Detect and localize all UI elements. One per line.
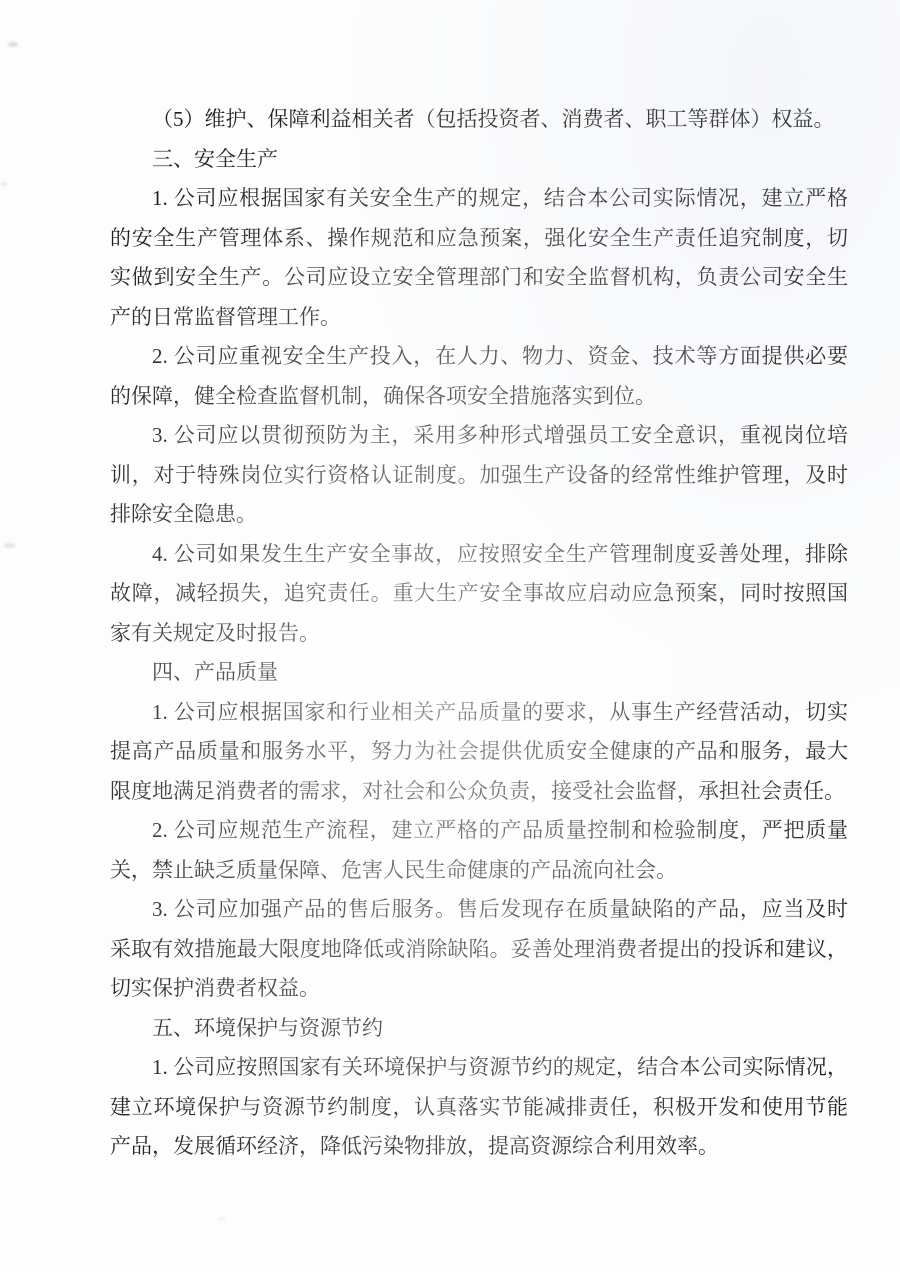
scan-speck [4,543,16,548]
body-line: 限度地满足消费者的需求，对社会和公众负责，接受社会监督，承担社会责任。 [110,772,848,812]
body-line: 2. 公司应重视安全生产投入，在人力、物力、资金、技术等方面提供必要 [110,337,848,377]
document-page: （5）维护、保障利益相关者（包括投资者、消费者、职工等群体）权益。三、安全生产1… [0,0,900,1272]
section-heading: 三、安全生产 [110,140,848,180]
body-line: 建立环境保护与资源节约制度，认真落实节能减排责任，积极开发和使用节能 [110,1088,848,1128]
body-line: 的保障，健全检查监督机制，确保各项安全措施落实到位。 [110,377,848,417]
body-line: 训，对于特殊岗位实行资格认证制度。加强生产设备的经常性维护管理，及时 [110,456,848,496]
section-heading: 四、产品质量 [110,653,848,693]
scan-speck [8,42,18,47]
body-line: 故障，减轻损失，追究责任。重大生产安全事故应启动应急预案，同时按照国 [110,574,848,614]
body-line: 产品，发展循环经济，降低污染物排放，提高资源综合利用效率。 [110,1127,848,1167]
body-line: 实做到安全生产。公司应设立安全管理部门和安全监督机构，负责公司安全生 [110,258,848,298]
scan-speck [218,1217,226,1220]
body-line: 2. 公司应规范生产流程，建立严格的产品质量控制和检验制度，严把质量 [110,811,848,851]
body-line: 产的日常监督管理工作。 [110,298,848,338]
document-text: （5）维护、保障利益相关者（包括投资者、消费者、职工等群体）权益。三、安全生产1… [110,100,848,1167]
body-line: 家有关规定及时报告。 [110,614,848,654]
body-line: 切实保护消费者权益。 [110,969,848,1009]
body-line: 1. 公司应根据国家和行业相关产品质量的要求，从事生产经营活动，切实 [110,693,848,733]
body-line: 采取有效措施最大限度地降低或消除缺陷。妥善处理消费者提出的投诉和建议， [110,930,848,970]
body-line: 关，禁止缺乏质量保障、危害人民生命健康的产品流向社会。 [110,851,848,891]
body-line: 排除安全隐患。 [110,495,848,535]
body-line: 提高产品质量和服务水平，努力为社会提供优质安全健康的产品和服务，最大 [110,732,848,772]
body-line: 1. 公司应根据国家有关安全生产的规定，结合本公司实际情况，建立严格 [110,179,848,219]
body-line: 4. 公司如果发生生产安全事故，应按照安全生产管理制度妥善处理，排除 [110,535,848,575]
body-line: （5）维护、保障利益相关者（包括投资者、消费者、职工等群体）权益。 [110,100,848,140]
body-line: 1. 公司应按照国家有关环境保护与资源节约的规定，结合本公司实际情况， [110,1048,848,1088]
body-line: 3. 公司应以贯彻预防为主，采用多种形式增强员工安全意识，重视岗位培 [110,416,848,456]
body-line: 3. 公司应加强产品的售后服务。售后发现存在质量缺陷的产品，应当及时 [110,890,848,930]
scan-speck [0,182,7,186]
body-line: 的安全生产管理体系、操作规范和应急预案，强化安全生产责任追究制度，切 [110,219,848,259]
section-heading: 五、环境保护与资源节约 [110,1009,848,1049]
